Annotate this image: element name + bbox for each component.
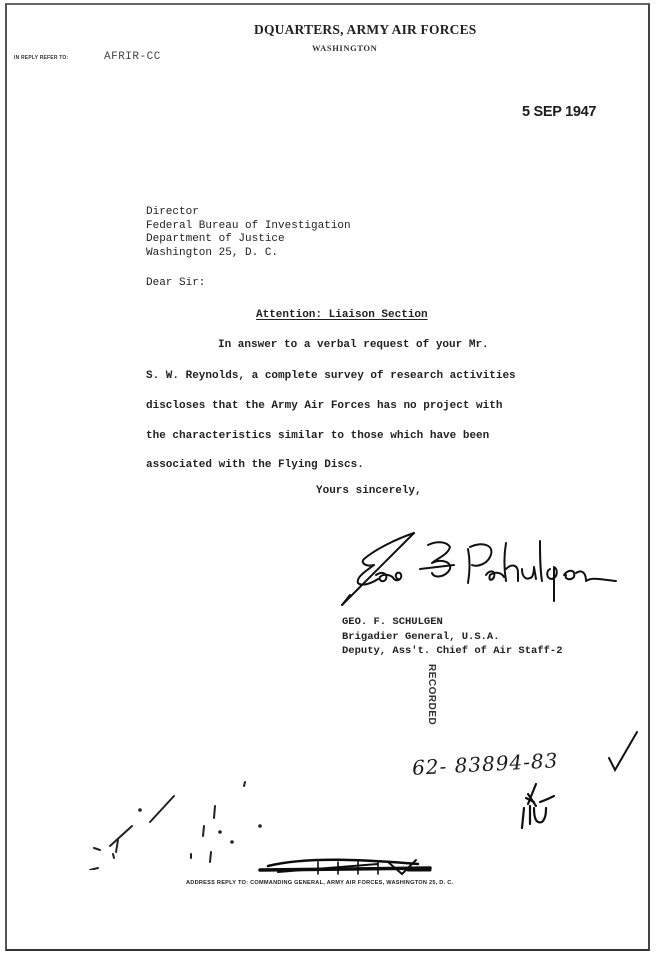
recipient-line: Federal Bureau of Investigation [146, 220, 351, 234]
recipient-address: Director Federal Bureau of Investigation… [146, 206, 351, 260]
signature-block: GEO. F. SCHULGEN Brigadier General, U.S.… [342, 615, 563, 659]
handwritten-initials [516, 782, 558, 830]
letterhead-city: WASHINGTON [312, 43, 377, 53]
date-stamp: 5 SEP 1947 [522, 104, 596, 120]
recorded-stamp: RECORDED [419, 664, 439, 726]
body-line: the characteristics similar to those whi… [146, 430, 489, 442]
footer-reply-address: ADDRESS REPLY TO: COMMANDING GENERAL, AR… [186, 880, 453, 886]
signer-title: Deputy, Ass't. Chief of Air Staff-2 [342, 644, 563, 659]
reply-refer-label: IN REPLY REFER TO: [14, 55, 68, 61]
signer-name: GEO. F. SCHULGEN [342, 615, 563, 630]
body-line: discloses that the Army Air Forces has n… [146, 400, 502, 412]
body-line: S. W. Reynolds, a complete survey of res… [146, 370, 516, 382]
salutation: Dear Sir: [146, 277, 205, 291]
closing: Yours sincerely, [316, 485, 422, 499]
reply-refer-code: AFRIR-CC [104, 51, 161, 63]
body-line: In answer to a verbal request of your Mr… [218, 339, 489, 351]
stray-pen-marks [80, 770, 300, 870]
checkmark-icon [605, 728, 641, 774]
recipient-line: Washington 25, D. C. [146, 247, 351, 261]
attention-line: Attention: Liaison Section [256, 309, 428, 323]
recorded-stamp-text: RECORDED [426, 664, 437, 725]
recipient-line: Department of Justice [146, 233, 351, 247]
letterhead-title: DQUARTERS, ARMY AIR FORCES [254, 22, 477, 38]
crossed-out-marking [258, 858, 434, 876]
body-line: associated with the Flying Discs. [146, 459, 364, 471]
recipient-line: Director [146, 206, 351, 220]
signer-rank: Brigadier General, U.S.A. [342, 630, 563, 645]
handwritten-signature [336, 525, 626, 615]
